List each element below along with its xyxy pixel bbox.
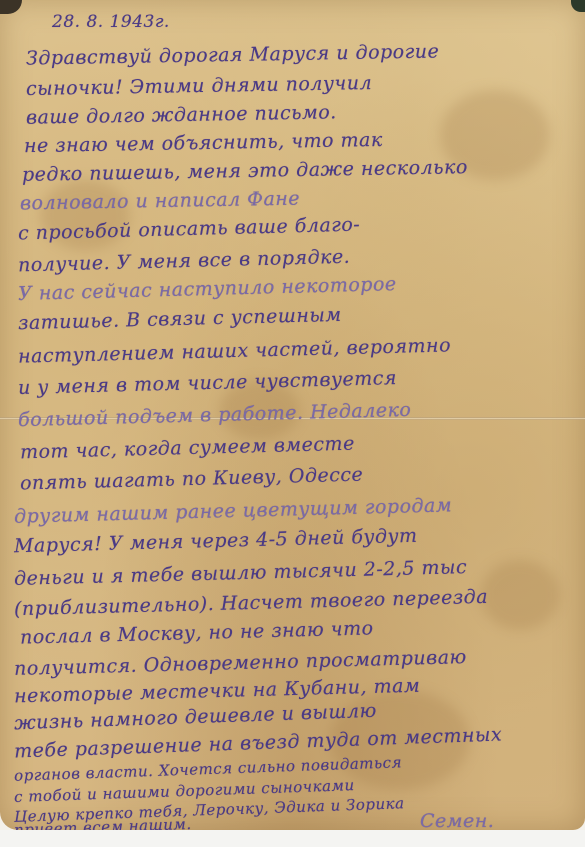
- letter-line: У нас сейчас наступило некоторое: [18, 273, 397, 305]
- letter-paper: 28. 8. 1943г. Здравствуй дорогая Маруся …: [0, 0, 585, 830]
- letter-line: сыночки! Этими днями получил: [26, 72, 372, 100]
- letter-line: опять шагать по Киеву, Одессе: [20, 464, 364, 495]
- letter-line: ваше долго жданное письмо.: [26, 101, 337, 128]
- letter-line: затишье. В связи с успешным: [18, 304, 342, 334]
- letter-line: получие. У меня все в порядке.: [18, 246, 351, 277]
- letter-line: наступлением наших частей, вероятно: [18, 334, 451, 367]
- letter-line: (приблизительно). Насчет твоего переезда: [14, 586, 489, 620]
- letter-line: тот час, когда сумеем вместе: [20, 433, 355, 464]
- letter-signature: Семен.: [420, 810, 494, 832]
- letter-line: послал в Москву, но не знаю что: [20, 617, 374, 648]
- scan-corner-shadow: [0, 0, 22, 14]
- letter-line: большой подъем в работе. Недалеко: [18, 399, 412, 431]
- letter-line: Маруся! У меня через 4-5 дней будут: [14, 525, 418, 558]
- letter-line: деньги и я тебе вышлю тысячи 2-2,5 тыс: [14, 556, 468, 590]
- letter-line: волновало и написал Фане: [20, 188, 300, 215]
- letter-line: не знаю чем объяснить, что так: [24, 129, 383, 157]
- letter-line: и у меня в том числе чувствуется: [18, 367, 397, 399]
- scan-corner-shadow: [571, 0, 585, 12]
- letter-line: редко пишешь, меня это даже несколько: [22, 156, 468, 186]
- letter-date: 28. 8. 1943г.: [52, 12, 170, 32]
- letter-line: Здравствуй дорогая Маруся и дорогие: [26, 40, 440, 69]
- paper-stain: [480, 560, 560, 630]
- scan-background: [0, 830, 585, 847]
- letter-line: другим нашим ранее цветущим городам: [14, 494, 453, 527]
